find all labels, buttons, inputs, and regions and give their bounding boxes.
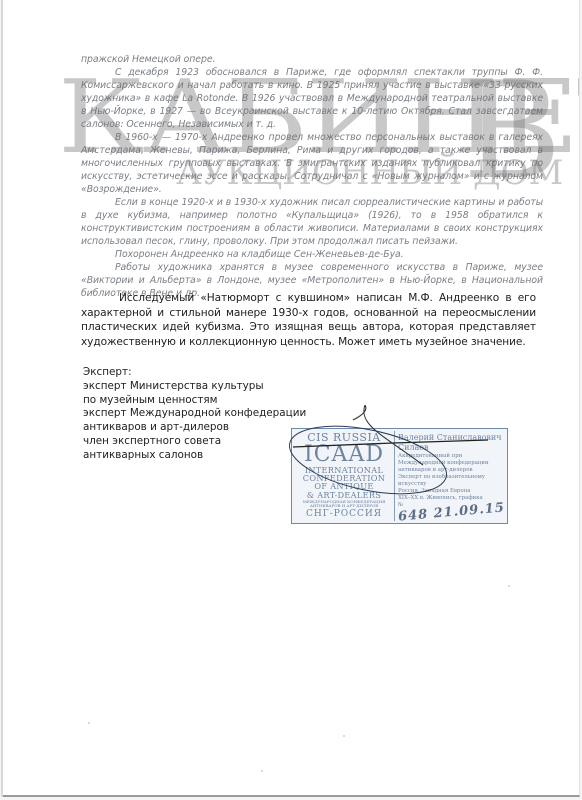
paper-speck: [88, 722, 90, 724]
expert-heading: Эксперт:: [83, 366, 323, 380]
paper-speck: [261, 770, 263, 772]
biography-section: пражской Немецкой опере. С декабря 1923 …: [81, 53, 543, 300]
bio-paragraph: В 1960-х — 1970-х Андреенко провел множе…: [81, 131, 543, 196]
bio-paragraph: Если в конце 1920-х и в 1930-х художник …: [81, 196, 543, 248]
bio-paragraph: Похоронен Андреенко на кладбище Сен-Жене…: [81, 248, 543, 261]
paper-speck: [508, 585, 510, 587]
credential-line: эксперт Министерства культуры: [83, 380, 323, 394]
expert-conclusion: Исследуемый «Натюрморт с кувшином» напис…: [81, 291, 536, 349]
document-page: пражской Немецкой опере. С декабря 1923 …: [3, 0, 580, 797]
paper-speck: [343, 735, 345, 737]
bio-paragraph: пражской Немецкой опере.: [81, 53, 543, 66]
signature-icon: [273, 405, 533, 525]
bio-paragraph: С декабря 1923 обосновался в Париже, где…: [81, 66, 543, 131]
